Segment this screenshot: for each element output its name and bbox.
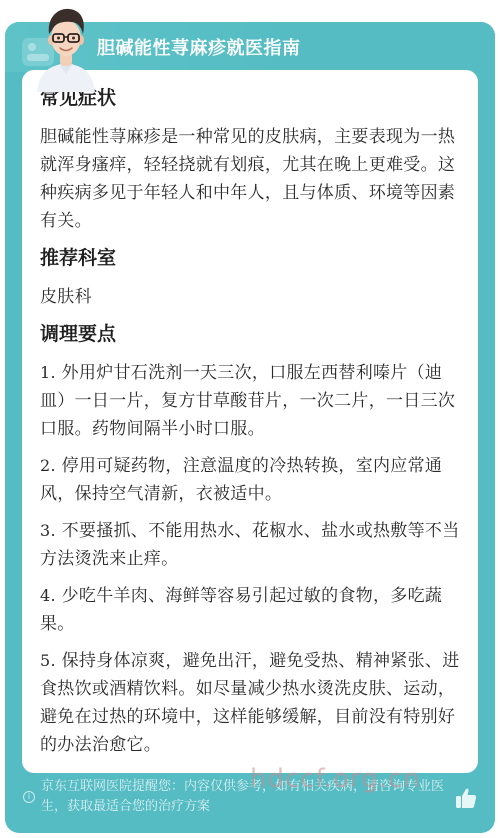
department-text: 皮肤科 [40,283,460,311]
care-item: 4. 少吃牛羊肉、海鲜等容易引起过敏的食物，多吃蔬果。 [40,582,460,638]
section-title-department: 推荐科室 [40,244,460,272]
thumbs-up-icon[interactable] [455,787,477,809]
info-circle-icon: i [23,791,35,803]
guide-panel: 胆碱能性荨麻疹就医指南 常见症状 胆碱能性荨麻疹是一种常见的皮肤病，主要表现为一… [5,22,495,833]
symptoms-text: 胆碱能性荨麻疹是一种常见的皮肤病，主要表现为一热就浑身瘙痒，轻轻挠就有划痕，尤其… [40,123,460,235]
watermark: hdccf.org.cn [250,764,421,794]
page-title: 胆碱能性荨麻疹就医指南 [97,34,301,60]
section-title-symptoms: 常见症状 [40,84,460,112]
care-item: 3. 不要搔抓、不能用热水、花椒水、盐水或热敷等不当方法烫洗来止痒。 [40,517,460,573]
care-item: 1. 外用炉甘石洗剂一天三次，口服左西替利嗪片（迪皿）一日一片，复方甘草酸苷片，… [40,359,460,443]
section-title-care: 调理要点 [40,320,460,348]
care-list: 1. 外用炉甘石洗剂一天三次，口服左西替利嗪片（迪皿）一日一片，复方甘草酸苷片，… [40,359,460,759]
care-item: 2. 停用可疑药物，注意温度的冷热转换，室内应常通风，保持空气清新，衣被适中。 [40,452,460,508]
doctor-avatar [33,0,99,92]
care-item: 5. 保持身体凉爽，避免出汗，避免受热、精神紧张、进食热饮或酒精饮料。如尽量减少… [40,647,460,759]
content-card: 常见症状 胆碱能性荨麻疹是一种常见的皮肤病，主要表现为一热就浑身瘙痒，轻轻挠就有… [22,70,478,773]
